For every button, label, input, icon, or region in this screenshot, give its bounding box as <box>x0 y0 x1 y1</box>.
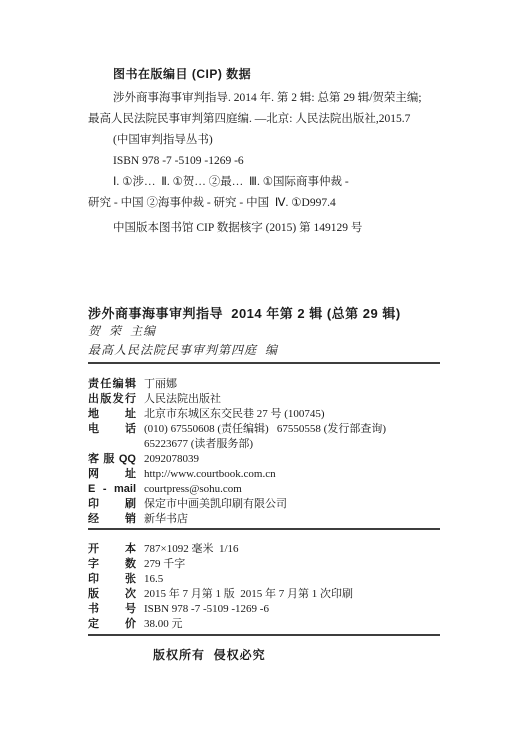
info-row-address: 地址 北京市东城区东交民巷 27 号 (100745) <box>88 407 460 422</box>
editing-org: 最高人民法院民事审判第四庭 编 <box>88 341 450 360</box>
info-label: 印刷 <box>88 497 136 512</box>
book-copyright-page: 图书在版编目 (CIP) 数据 涉外商事海事审判指导. 2014 年. 第 2 … <box>0 0 522 738</box>
info-row-responsible-editor: 责任编辑 丁丽娜 <box>88 377 460 392</box>
info-label: 网址 <box>88 467 136 482</box>
info-row-publisher: 出版发行 人民法院出版社 <box>88 392 460 407</box>
website-url: http://www.courtbook.com.cn <box>144 467 276 482</box>
info-label: 电话 <box>88 422 136 437</box>
spec-value: ISBN 978 -7 -5109 -1269 -6 <box>144 602 269 617</box>
spec-label: 开本 <box>88 542 136 557</box>
info-label: 客服QQ <box>88 452 136 467</box>
email-address: courtpress@sohu.com <box>144 482 242 497</box>
cip-series-note: (中国审判指导丛书) <box>88 130 450 151</box>
divider-middle <box>88 528 440 530</box>
spec-label: 字数 <box>88 557 136 572</box>
spec-row-price: 定价 38.00 元 <box>88 617 460 632</box>
info-value: 丁丽娜 <box>144 377 177 392</box>
cip-classification-line1: Ⅰ. ①涉… Ⅱ. ①贺… ②最… Ⅲ. ①国际商事仲裁 - <box>88 172 450 193</box>
spec-value: 787×1092 毫米 1/16 <box>144 542 239 557</box>
cip-data-block: 图书在版编目 (CIP) 数据 涉外商事海事审判指导. 2014 年. 第 2 … <box>88 66 450 239</box>
info-row-qq: 客服QQ 2092078039 <box>88 452 460 467</box>
copyright-notice: 版权所有 侵权必究 <box>153 646 266 663</box>
info-value: 北京市东城区东交民巷 27 号 (100745) <box>144 407 325 422</box>
chief-editor: 贺 荣 主编 <box>88 322 450 341</box>
title-block: 涉外商事海事审判指导 2014 年第 2 辑 (总第 29 辑) 贺 荣 主编 … <box>88 305 450 360</box>
spec-row-isbn: 书号 ISBN 978 -7 -5109 -1269 -6 <box>88 602 460 617</box>
cip-entry-line2: 最高人民法院民事审判第四庭编. —北京: 人民法院出版社,2015.7 <box>88 109 450 130</box>
phone-line1: (010) 67550608 (责任编辑) 67550558 (发行部查询) <box>144 422 386 437</box>
info-label: 经销 <box>88 512 136 527</box>
spec-value: 16.5 <box>144 572 163 587</box>
publication-info-block: 责任编辑 丁丽娜 出版发行 人民法院出版社 地址 北京市东城区东交民巷 27 号… <box>88 377 460 527</box>
divider-bottom <box>88 634 440 636</box>
cip-header: 图书在版编目 (CIP) 数据 <box>88 66 450 82</box>
info-value: 新华书店 <box>144 512 188 527</box>
spec-row-sheets: 印张 16.5 <box>88 572 460 587</box>
cip-record-number: 中国版本图书馆 CIP 数据核字 (2015) 第 149129 号 <box>88 218 450 239</box>
info-label: 责任编辑 <box>88 377 136 392</box>
cip-entry-line1: 涉外商事海事审判指导. 2014 年. 第 2 辑: 总第 29 辑/贺荣主编; <box>88 88 450 109</box>
info-row-printer: 印刷 保定市中画美凯印刷有限公司 <box>88 497 460 512</box>
spec-label: 定价 <box>88 617 136 632</box>
info-row-distributor: 经销 新华书店 <box>88 512 460 527</box>
print-specs-block: 开本 787×1092 毫米 1/16 字数 279 千字 印张 16.5 版次… <box>88 542 460 632</box>
info-value: 2092078039 <box>144 452 199 467</box>
cip-isbn: ISBN 978 -7 -5109 -1269 -6 <box>88 151 450 172</box>
cip-classification-line2: 研究 - 中国 ②海事仲裁 - 研究 - 中国 Ⅳ. ①D997.4 <box>88 193 450 214</box>
spec-value: 2015 年 7 月第 1 版 2015 年 7 月第 1 次印刷 <box>144 587 353 602</box>
info-label: E - mail <box>88 482 136 497</box>
spec-row-edition: 版次 2015 年 7 月第 1 版 2015 年 7 月第 1 次印刷 <box>88 587 460 602</box>
info-row-email: E - mail courtpress@sohu.com <box>88 482 460 497</box>
spec-row-word-count: 字数 279 千字 <box>88 557 460 572</box>
info-label: 地址 <box>88 407 136 422</box>
spec-label: 版次 <box>88 587 136 602</box>
info-label: 出版发行 <box>88 392 136 407</box>
info-value: 人民法院出版社 <box>144 392 221 407</box>
book-title: 涉外商事海事审判指导 2014 年第 2 辑 (总第 29 辑) <box>88 305 450 322</box>
info-value: (010) 67550608 (责任编辑) 67550558 (发行部查询) 6… <box>144 422 386 452</box>
divider-top <box>88 362 440 364</box>
info-row-website: 网址 http://www.courtbook.com.cn <box>88 467 460 482</box>
phone-line2: 65223677 (读者服务部) <box>144 437 386 452</box>
spec-label: 书号 <box>88 602 136 617</box>
spec-value: 38.00 元 <box>144 617 183 632</box>
spec-label: 印张 <box>88 572 136 587</box>
info-row-phone: 电话 (010) 67550608 (责任编辑) 67550558 (发行部查询… <box>88 422 460 452</box>
spec-value: 279 千字 <box>144 557 185 572</box>
spec-row-format: 开本 787×1092 毫米 1/16 <box>88 542 460 557</box>
info-value: 保定市中画美凯印刷有限公司 <box>144 497 287 512</box>
